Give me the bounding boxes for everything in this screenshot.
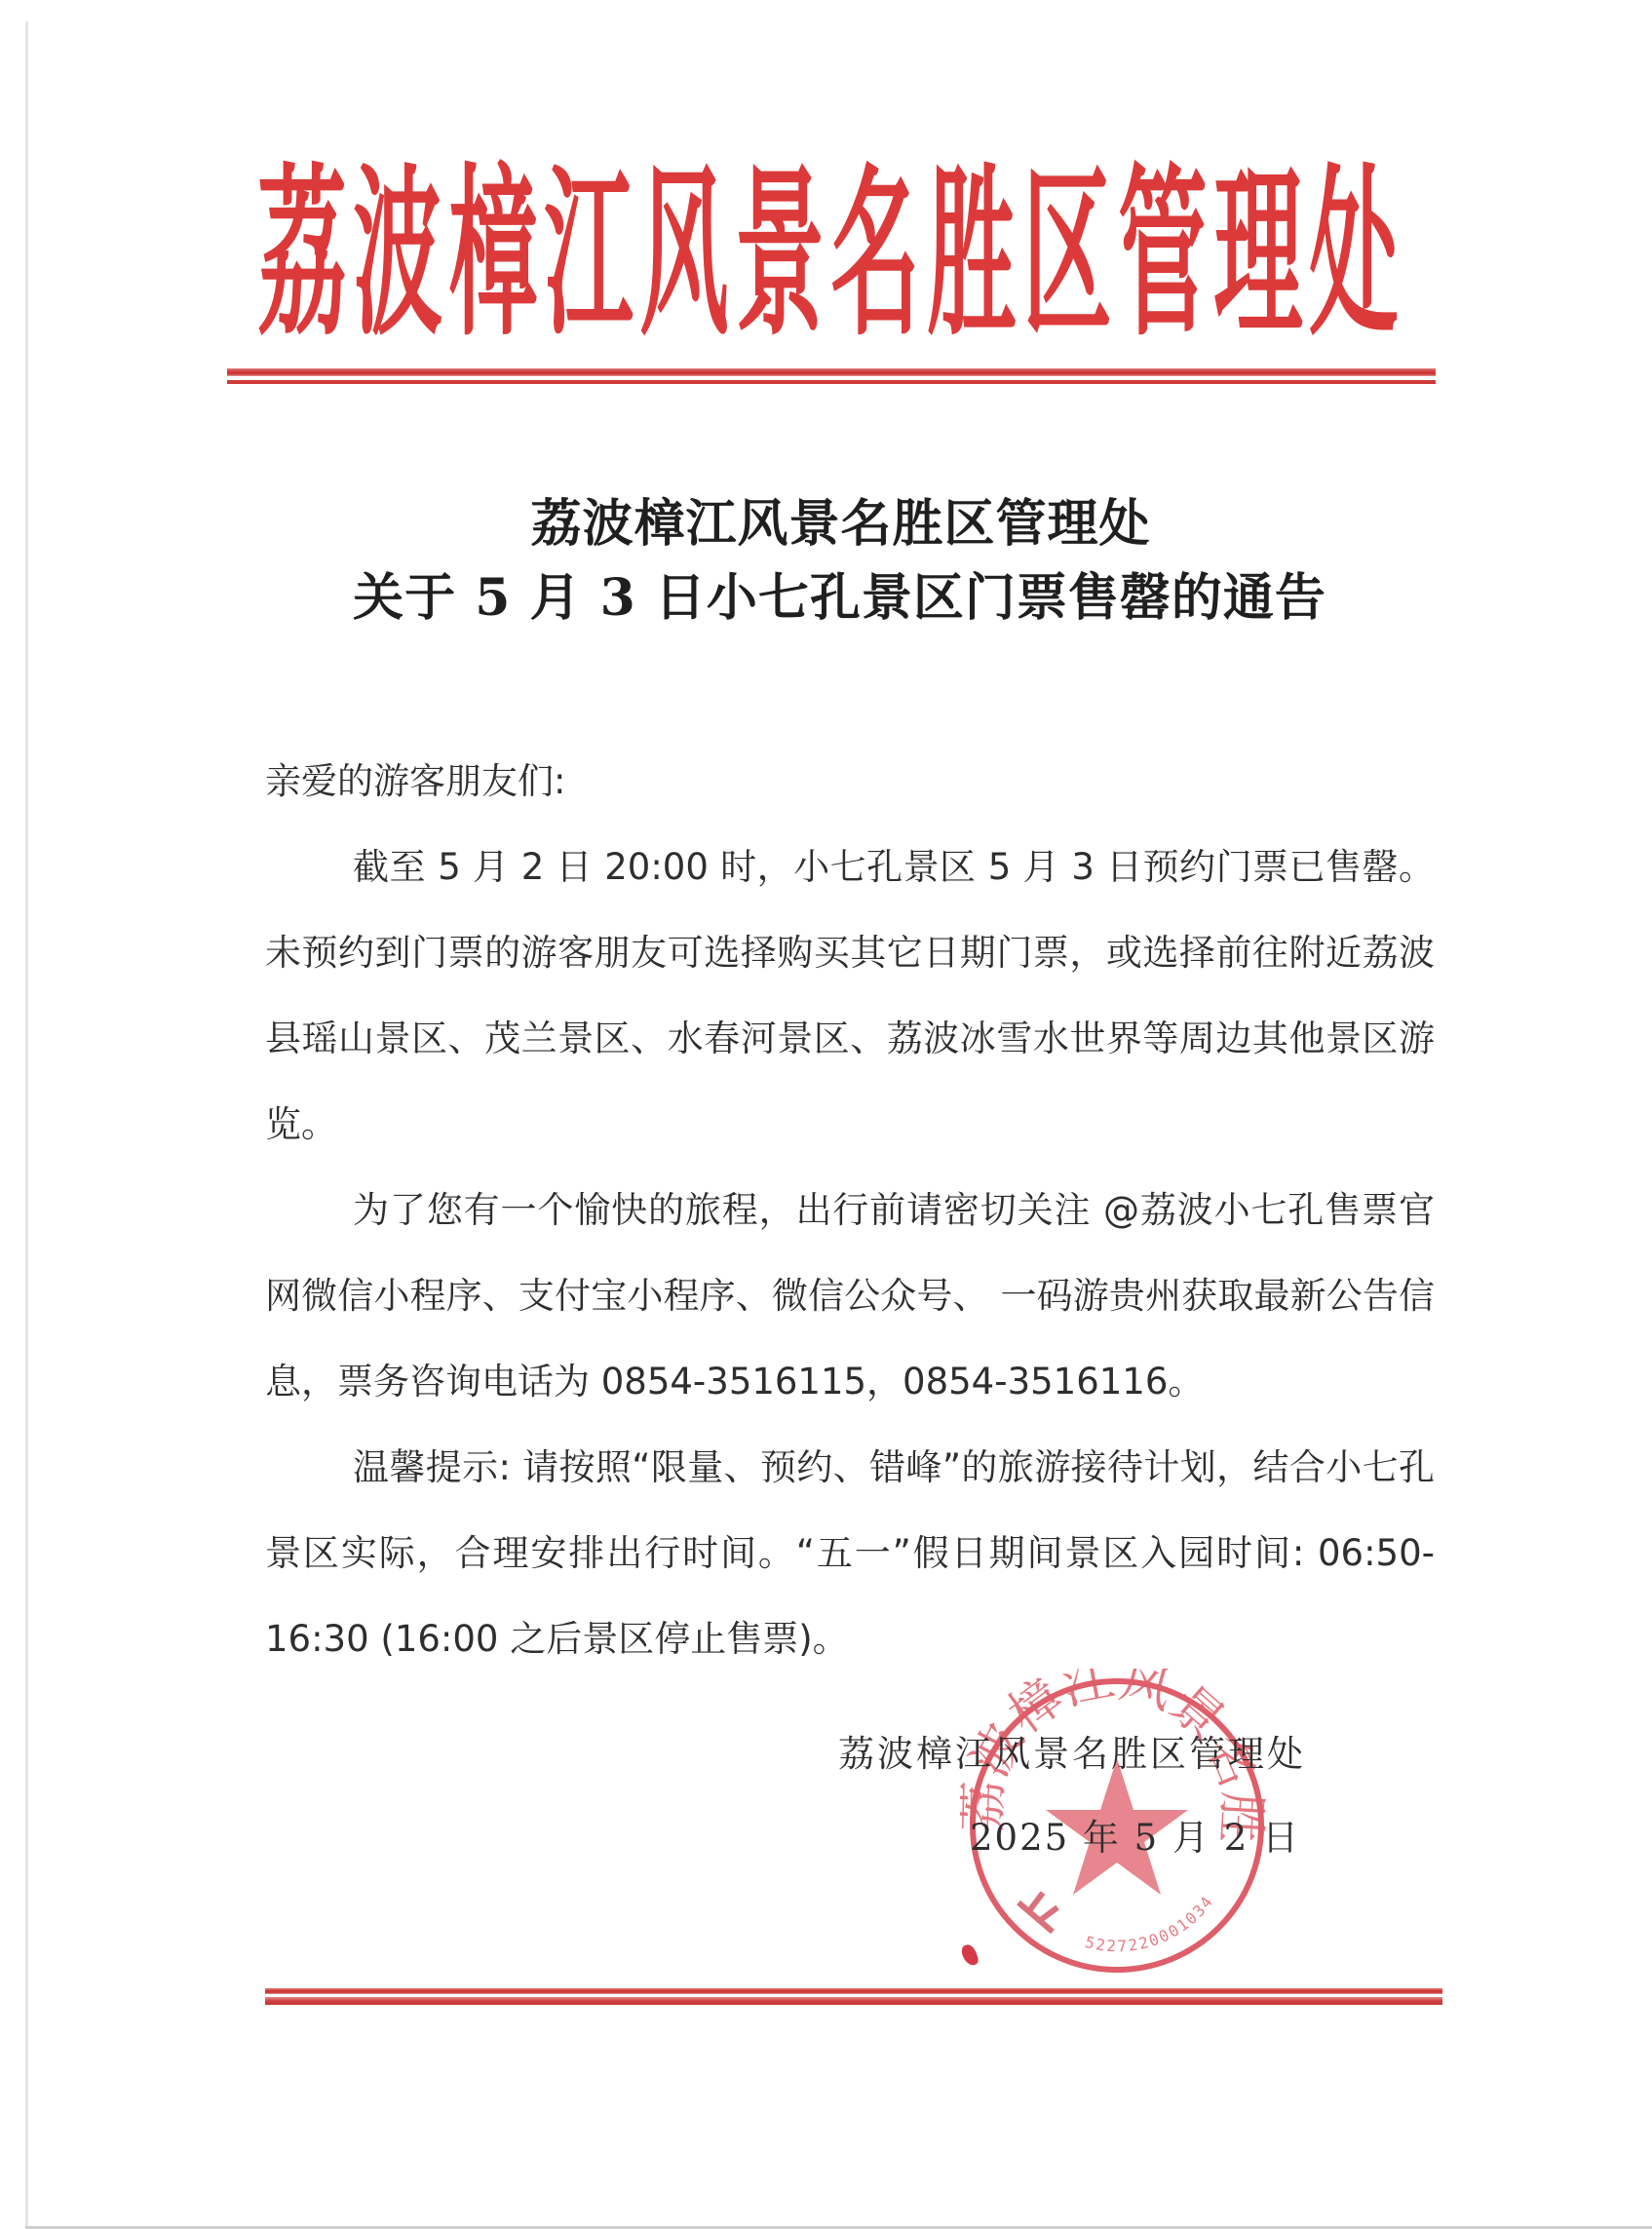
paragraph-sold-out: 截至 5 月 2 日 20:00 时，小七孔景区 5 月 3 日预约门票已售罄。… [265, 825, 1435, 1168]
letterhead-char: 樟 [449, 163, 538, 345]
letterhead-char: 景 [736, 163, 825, 345]
red-letterhead: 荔 波 樟 江 风 景 名 胜 区 管 理 处 [255, 164, 1401, 344]
letterhead-char: 区 [1022, 163, 1111, 345]
letterhead-char: 江 [545, 163, 634, 345]
signature-block: 荔波樟江风景名胜区管理处 2025 年 5 月 2 日 [838, 1723, 1364, 1869]
rule-thick-line [227, 368, 1436, 376]
letterhead-char: 波 [353, 163, 442, 345]
letterhead-char: 荔 [257, 163, 346, 345]
letterhead-char: 处 [1309, 163, 1398, 345]
title-line-org: 荔波樟江风景名胜区管理处 [0, 487, 1652, 561]
rule-thin-line [227, 380, 1436, 384]
header-red-double-rule [227, 368, 1436, 386]
letterhead-char: 风 [640, 163, 729, 345]
rule-thin-line [265, 1988, 1442, 1994]
letterhead-char: 胜 [927, 163, 1016, 345]
paragraph-tips: 温馨提示: 请按照“限量、预约、错峰”的旅游接待计划，结合小七孔景区实际，合理安… [265, 1425, 1435, 1682]
notice-title: 荔波樟江风景名胜区管理处 关于 5 月 3 日小七孔景区门票售罄的通告 [0, 487, 1652, 635]
paragraph-follow-channels: 为了您有一个愉快的旅程，出行前请密切关注 @荔波小七孔售票官网微信小程序、支付宝… [265, 1168, 1435, 1425]
notice-body: 亲爱的游客朋友们: 截至 5 月 2 日 20:00 时，小七孔景区 5 月 3… [265, 739, 1435, 1682]
signature-date: 2025 年 5 月 2 日 [838, 1807, 1364, 1869]
title-line-subject: 关于 5 月 3 日小七孔景区门票售罄的通告 [0, 561, 1652, 635]
page-left-edge [25, 21, 28, 2229]
signature-org: 荔波樟江风景名胜区管理处 [838, 1723, 1364, 1786]
letterhead-char: 管 [1118, 163, 1207, 345]
letterhead-char: 理 [1213, 163, 1302, 345]
footer-red-double-rule [265, 1988, 1442, 2006]
greeting: 亲爱的游客朋友们: [265, 739, 1435, 825]
rule-thick-line [265, 1997, 1442, 2005]
letterhead-char: 名 [831, 163, 920, 345]
